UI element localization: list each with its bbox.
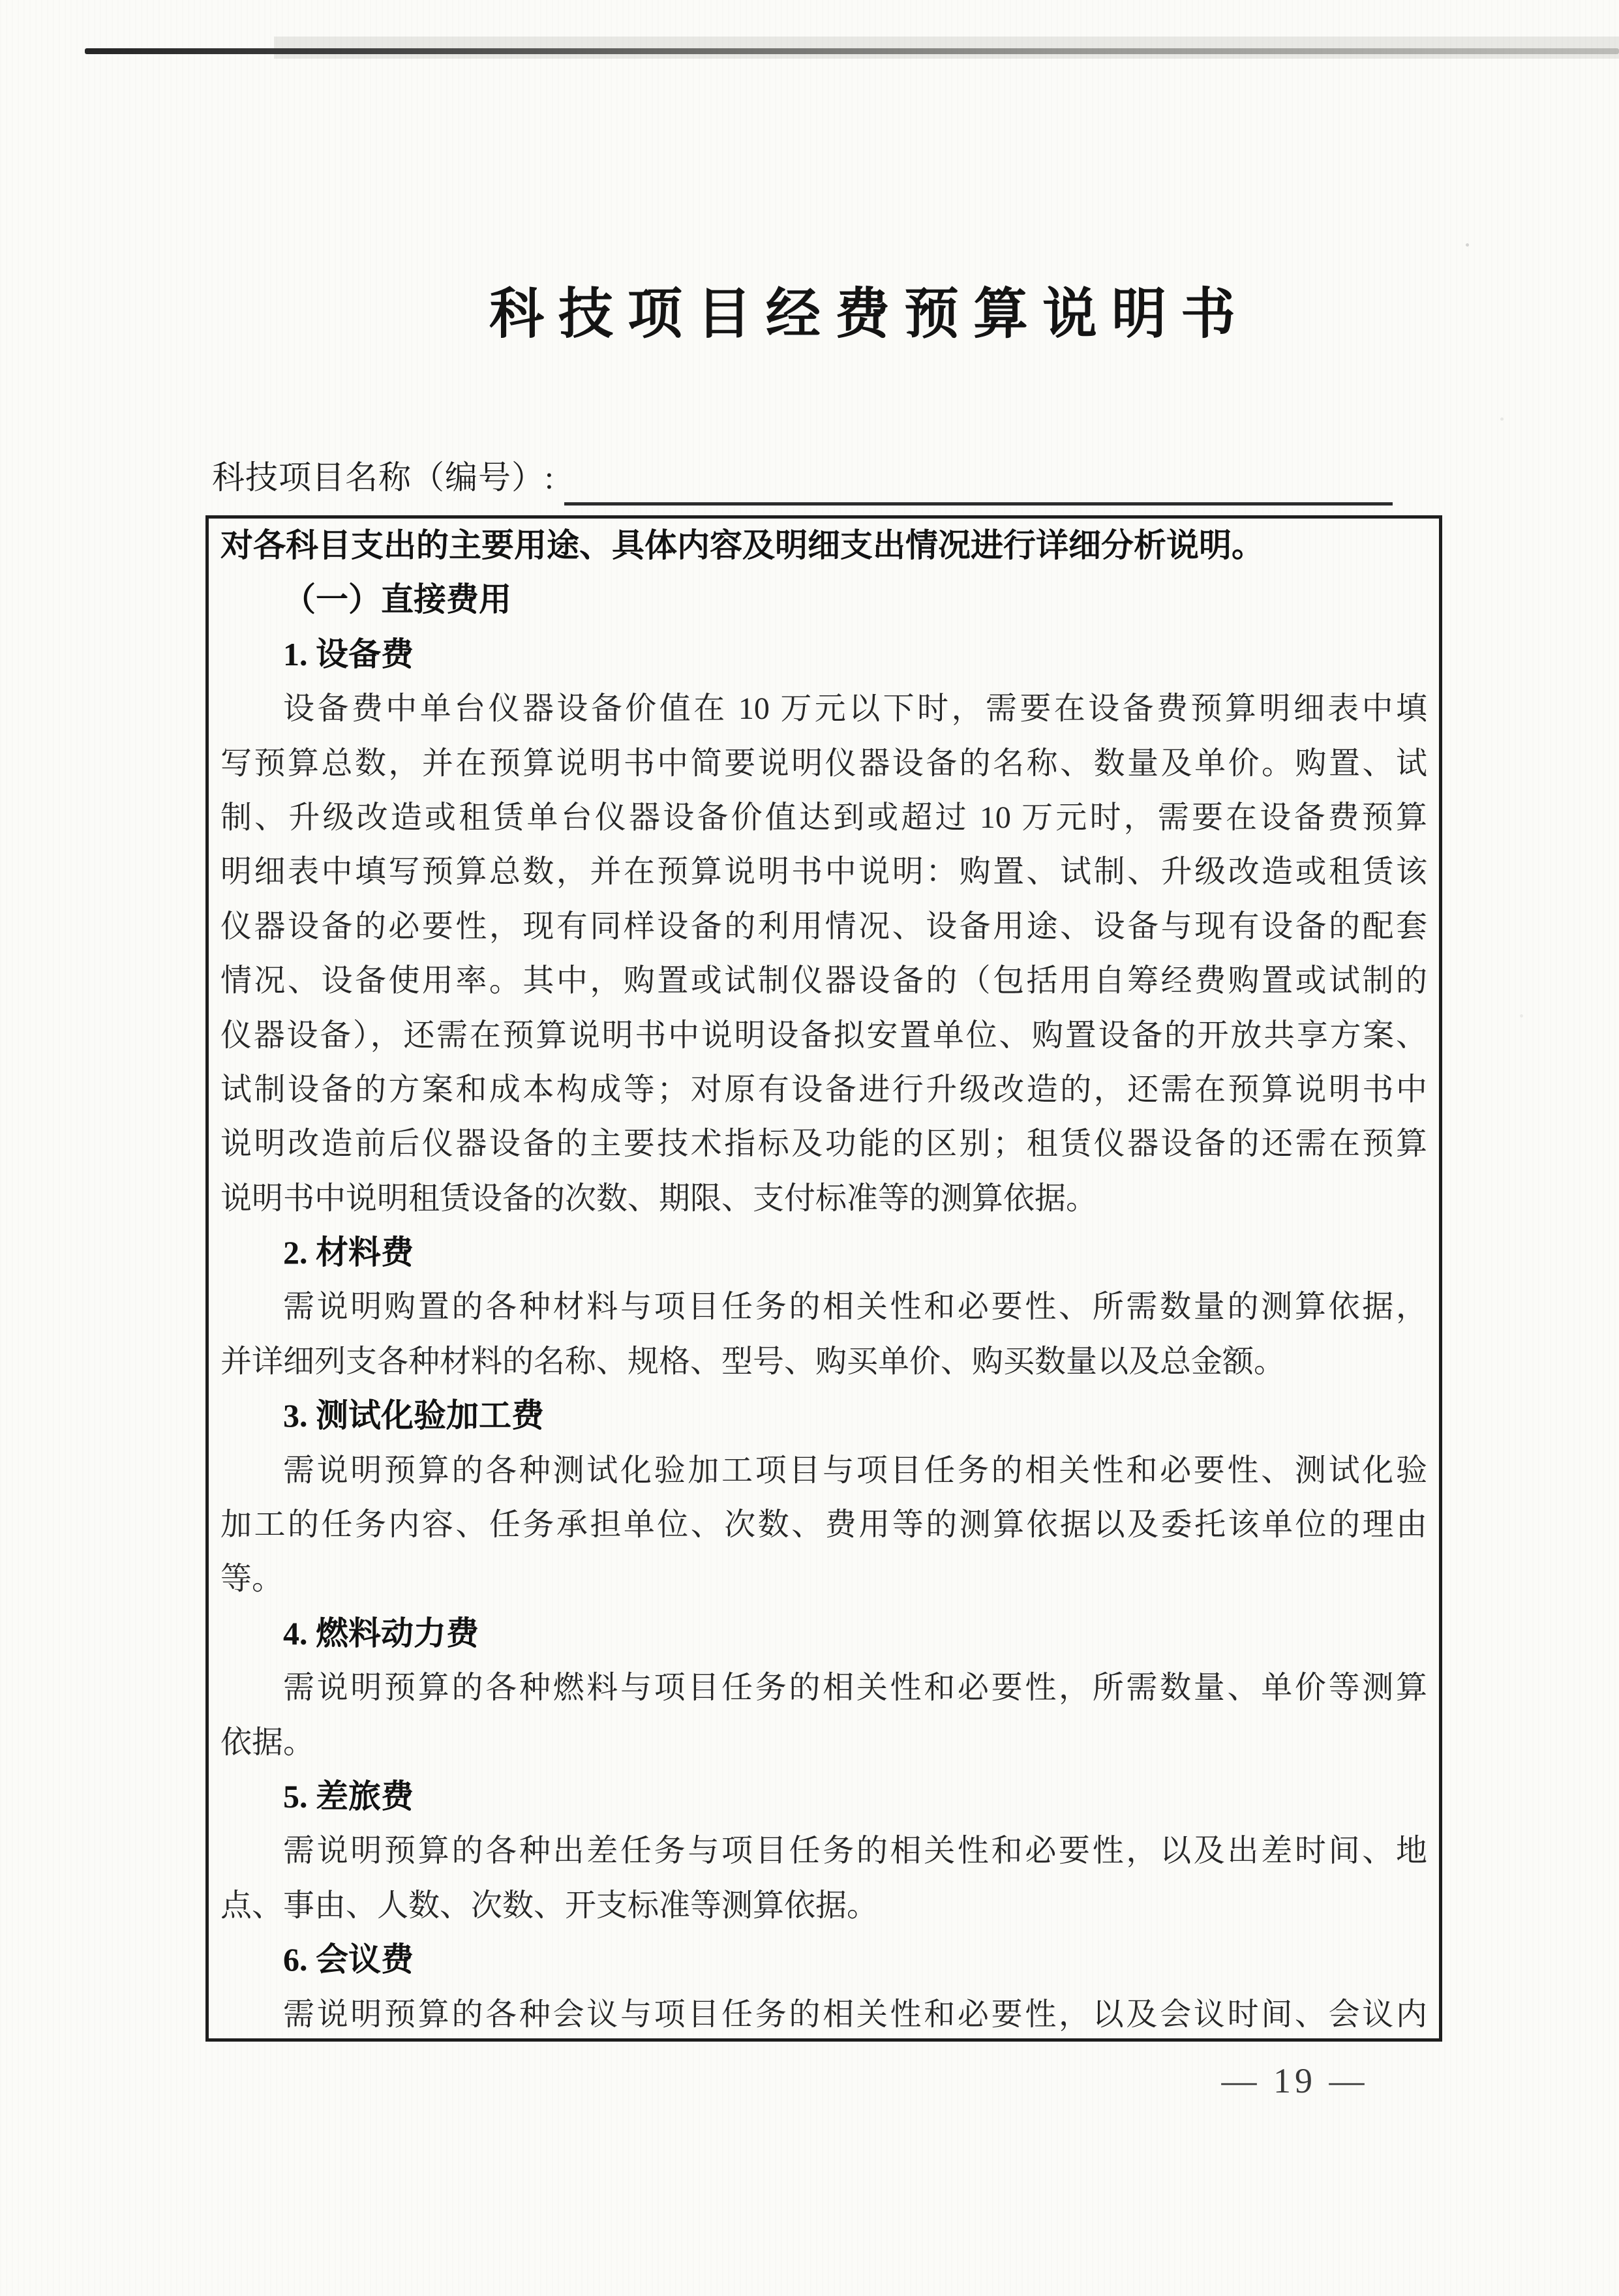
- paragraph-line-equipment: 制、升级改造或租赁单台仪器设备价值达到或超过 10 万元时，需要在设备费预算: [220, 791, 1427, 845]
- item-heading-equipment-fee: 1. 设备费: [220, 627, 1427, 682]
- document-title: 科技项目经费预算说明书: [60, 279, 1619, 351]
- paragraph-line-travel: 点、事由、人数、次数、开支标准等测算依据。: [220, 1879, 1427, 1933]
- paragraph-line-equipment: 仪器设备的必要性，现有同样设备的利用情况、设备用途、设备与现有设备的配套: [220, 899, 1427, 954]
- paragraph-line-fuel: 依据。: [220, 1715, 1427, 1770]
- scan-speck: [1500, 417, 1504, 421]
- item-heading-testing-fee: 3. 测试化验加工费: [220, 1389, 1427, 1443]
- paragraph-line-equipment: 情况、设备使用率。其中，购置或试制仪器设备的（包括用自筹经费购置或试制的: [220, 954, 1427, 1008]
- paragraph-line-testing: 需说明预算的各种测试化验加工项目与项目任务的相关性和必要性、测试化验: [220, 1443, 1427, 1498]
- intro-line: 对各科目支出的主要用途、具体内容及明细支出情况进行详细分析说明。: [220, 519, 1427, 573]
- paragraph-line-testing: 加工的任务内容、任务承担单位、次数、费用等的测算依据以及委托该单位的理由: [220, 1498, 1427, 1552]
- paragraph-line-material: 并详细列支各种材料的名称、规格、型号、购买单价、购买数量以及总金额。: [220, 1335, 1427, 1389]
- paragraph-line-fuel: 需说明预算的各种燃料与项目任务的相关性和必要性，所需数量、单价等测算: [220, 1661, 1427, 1715]
- scanner-edge-band: [274, 37, 1619, 59]
- scan-speck: [1520, 1014, 1523, 1018]
- scanner-edge-line: [85, 48, 1619, 54]
- paragraph-line-equipment: 说明书中说明租赁设备的次数、期限、支付标准等的测算依据。: [220, 1171, 1427, 1226]
- paragraph-line-equipment: 说明改造前后仪器设备的主要技术指标及功能的区别；租赁仪器设备的还需在预算: [220, 1117, 1427, 1171]
- section-heading-direct-costs: （一）直接费用: [220, 573, 1427, 627]
- paragraph-line-equipment: 明细表中填写预算总数，并在预算说明书中说明：购置、试制、升级改造或租赁该: [220, 845, 1427, 899]
- item-heading-material-fee: 2. 材料费: [220, 1226, 1427, 1280]
- paragraph-line-equipment: 试制设备的方案和成本构成等；对原有设备进行升级改造的，还需在预算说明书中: [220, 1063, 1427, 1117]
- page-number: — 19 —: [1187, 2060, 1402, 2102]
- scan-speck: [1466, 243, 1469, 247]
- paragraph-line-equipment: 仪器设备），还需在预算说明书中说明设备拟安置单位、购置设备的开放共享方案、: [220, 1008, 1427, 1063]
- document-page: 科技项目经费预算说明书 科技项目名称（编号）: 对各科目支出的主要用途、具体内容…: [0, 0, 1619, 2296]
- project-name-label: 科技项目名称（编号）:: [212, 457, 554, 498]
- paragraph-line-equipment: 设备费中单台仪器设备价值在 10 万元以下时，需要在设备费预算明细表中填: [220, 682, 1427, 736]
- item-heading-meeting-fee: 6. 会议费: [220, 1933, 1427, 1987]
- project-name-blank-line: [564, 502, 1393, 506]
- paragraph-line-equipment: 写预算总数，并在预算说明书中简要说明仪器设备的名称、数量及单价。购置、试: [220, 736, 1427, 791]
- paragraph-line-meeting: 需说明预算的各种会议与项目任务的相关性和必要性，以及会议时间、会议内: [220, 1987, 1427, 2042]
- item-heading-fuel-power-fee: 4. 燃料动力费: [220, 1607, 1427, 1661]
- paragraph-line-testing: 等。: [220, 1552, 1427, 1606]
- paragraph-line-travel: 需说明预算的各种出差任务与项目任务的相关性和必要性，以及出差时间、地: [220, 1824, 1427, 1878]
- paragraph-line-material: 需说明购置的各种材料与项目任务的相关性和必要性、所需数量的测算依据，: [220, 1280, 1427, 1334]
- content-box: 对各科目支出的主要用途、具体内容及明细支出情况进行详细分析说明。 （一）直接费用…: [205, 515, 1442, 2042]
- item-heading-travel-fee: 5. 差旅费: [220, 1770, 1427, 1824]
